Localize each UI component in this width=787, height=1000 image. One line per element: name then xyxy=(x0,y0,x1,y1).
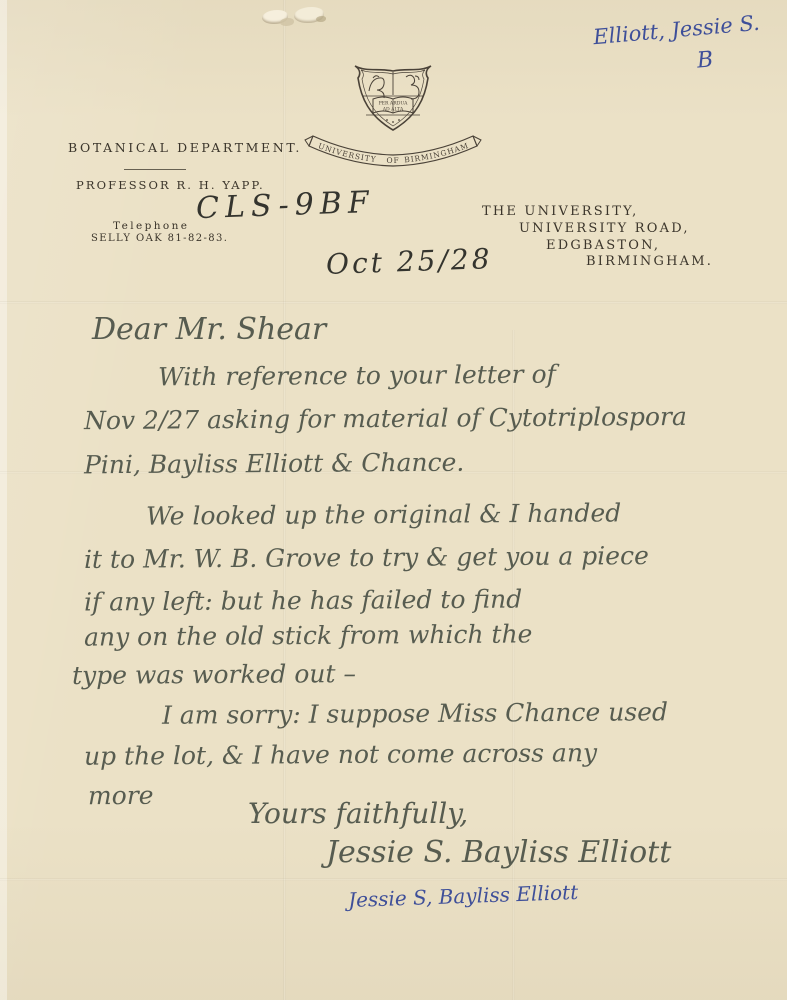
letter-page: Elliott, Jessie S. B PER ARDUA AD ALTA xyxy=(0,0,787,1000)
signature: Jessie S. Bayliss Elliott xyxy=(326,835,671,870)
catalog-annotation-initial: B xyxy=(696,47,714,73)
crest-ribbon-word-birmingham: BIRMINGHAM xyxy=(404,141,470,165)
transcription-annotation: Jessie S, Bayliss Elliott xyxy=(348,880,579,912)
address-line: BIRMINGHAM. xyxy=(586,254,713,269)
salutation: Dear Mr. Shear xyxy=(92,312,326,347)
crest-mermaid-figure xyxy=(406,75,419,99)
crest-dot xyxy=(392,121,394,123)
body-line: We looked up the original & I handed xyxy=(146,498,621,530)
reference-code: CLS-9BF xyxy=(195,185,375,226)
crest-dot xyxy=(386,119,388,121)
body-line: up the lot, & I have not come across any xyxy=(84,738,597,771)
address-line: EDGBASTON, xyxy=(546,238,660,253)
letter-date: Oct 25/28 xyxy=(325,242,493,281)
letterhead-rule xyxy=(124,169,186,170)
telephone-number: SELLY OAK 81-82-83. xyxy=(91,233,228,244)
body-line: type was worked out – xyxy=(72,659,356,690)
body-line: more xyxy=(88,781,154,810)
crest-motto-line2: AD ALTA xyxy=(382,107,404,113)
crest-ribbon-ends xyxy=(305,136,481,146)
body-line: I am sorry: I suppose Miss Chance used xyxy=(162,697,668,730)
svg-text:OF: OF xyxy=(386,156,400,165)
svg-text:BIRMINGHAM: BIRMINGHAM xyxy=(404,141,470,165)
crest-motto-line1: PER ARDUA xyxy=(379,101,409,107)
crest-dot xyxy=(398,119,400,121)
catalog-annotation-name: Elliott, Jessie S. xyxy=(592,11,760,49)
address-line: UNIVERSITY ROAD, xyxy=(519,221,690,236)
body-line: With reference to your letter of xyxy=(158,360,556,392)
body-line: it to Mr. W. B. Grove to try & get you a… xyxy=(84,541,649,574)
fold-crease xyxy=(0,878,787,881)
university-crest: PER ARDUA AD ALTA UNIVERSITY OF BIRMINGH… xyxy=(303,56,483,168)
body-line: Pini, Bayliss Elliott & Chance. xyxy=(84,448,465,480)
paper-damage-spot xyxy=(316,16,326,22)
scan-edge-highlight xyxy=(0,0,7,1000)
telephone-label: Telephone xyxy=(113,220,189,232)
crest-lion-figure xyxy=(369,76,384,98)
closing: Yours faithfully, xyxy=(248,797,468,830)
letterhead-department: BOTANICAL DEPARTMENT. xyxy=(68,140,302,155)
body-line: if any left: but he has failed to find xyxy=(84,584,522,616)
crest-ribbon-word-of: OF xyxy=(386,156,400,165)
body-line: any on the old stick from which the xyxy=(84,619,533,651)
address-line: THE UNIVERSITY, xyxy=(482,204,639,219)
paper-damage xyxy=(258,4,348,34)
paper-damage-spot xyxy=(280,18,294,26)
fold-crease xyxy=(0,301,787,304)
body-line: Nov 2/27 asking for material of Cytotrip… xyxy=(84,402,687,435)
